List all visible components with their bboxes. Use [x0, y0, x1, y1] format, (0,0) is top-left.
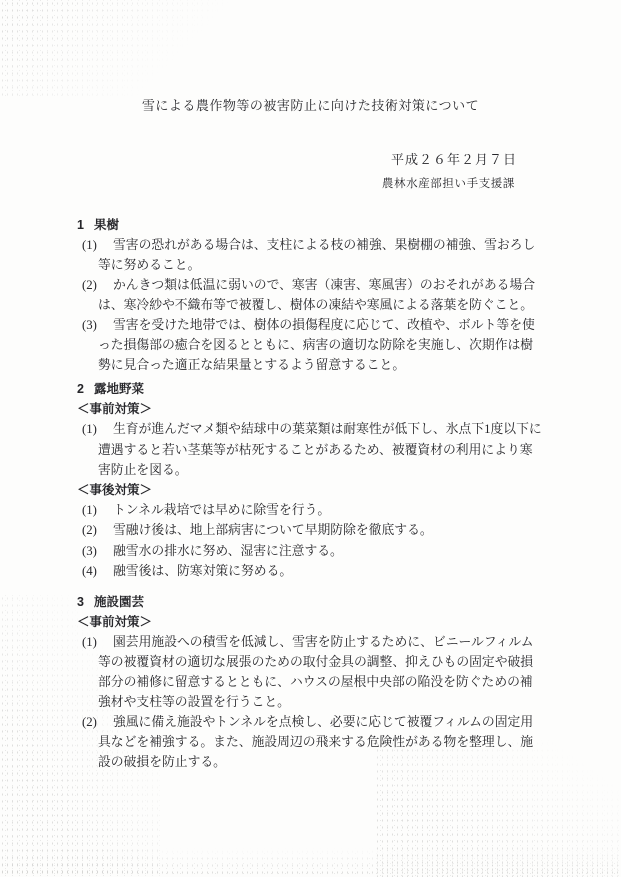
item-line: かんきつ類は低温に弱いので、寒害（凍害、寒風害）のおそれがある場合: [98, 275, 621, 295]
item-line: 等に努めること。: [98, 255, 621, 275]
item-label: (1): [82, 500, 97, 520]
section-title: 施設園芸: [94, 595, 144, 609]
list-item: (2) 強風に備え施設やトンネルを点検し、必要に応じて被覆フィルムの固定用 具な…: [0, 712, 621, 772]
scanned-document-page: 雪による農作物等の被害防止に向けた技術対策について 平成２６年２月７日 農林水産…: [0, 0, 621, 877]
item-line: 融雪水の排水に努め、湿害に注意する。: [98, 541, 621, 561]
item-line: 部分の補修に留意するとともに、ハウスの屋根中央部の陥没を防ぐための補: [98, 672, 621, 692]
section-heading: 3施設園芸: [0, 592, 621, 612]
item-label: (1): [82, 419, 97, 439]
item-line: 強風に備え施設やトンネルを点検し、必要に応じて被覆フィルムの固定用: [98, 712, 621, 732]
list-item: (3) 融雪水の排水に努め、湿害に注意する。: [0, 541, 621, 561]
item-line: 雪害を受けた地帯では、樹体の損傷程度に応じて、改植や、ボルト等を使: [98, 315, 621, 335]
section-open-field-vegetables: 2露地野菜 ＜事前対策＞ (1) 生育が進んだマメ類や結球中の葉菜類は耐寒性が低…: [0, 379, 621, 581]
item-line: は、寒冷紗や不織布等で被覆し、樹体の凍結や寒風による落葉を防ぐこと。: [98, 295, 621, 315]
list-item: (2) 雪融け後は、地上部病害について早期防除を徹底する。: [0, 520, 621, 540]
item-line: 融雪後は、防寒対策に努める。: [98, 561, 621, 581]
section-title: 露地野菜: [94, 382, 144, 396]
scan-noise-top-left: [0, 0, 235, 100]
section-protected-horticulture: 3施設園芸 ＜事前対策＞ (1) 園芸用施設への積雪を低減し、雪害を防止するため…: [0, 592, 621, 772]
item-label: (2): [82, 275, 97, 295]
scan-noise-bottom-edge: [0, 848, 621, 877]
item-line: った損傷部の癒合を図るとともに、病害の適切な防除を実施し、次期作は樹: [98, 335, 621, 355]
item-line: 強材や支柱等の設置を行うこと。: [98, 692, 621, 712]
section-number: 2: [77, 379, 84, 399]
item-label: (1): [82, 235, 97, 255]
section-heading: 2露地野菜: [0, 379, 621, 399]
item-label: (2): [82, 520, 97, 540]
document-title: 雪による農作物等の被害防止に向けた技術対策について: [0, 96, 621, 116]
item-line: 園芸用施設への積雪を低減し、雪害を防止するために、ビニールフィルム: [98, 632, 621, 652]
item-line: 雪融け後は、地上部病害について早期防除を徹底する。: [98, 520, 621, 540]
item-line: 具などを補強する。また、施設周辺の飛来する危険性がある物を整理し、施: [98, 732, 621, 752]
item-label: (3): [82, 315, 97, 335]
item-line: 生育が進んだマメ類や結球中の葉菜類は耐寒性が低下し、氷点下1度以下に: [98, 419, 621, 439]
subheading-after-measures: ＜事後対策＞: [0, 480, 621, 500]
subheading-advance-measures: ＜事前対策＞: [0, 612, 621, 632]
document-department: 農林水産部担い手支援課: [382, 174, 515, 194]
item-line: 設の破損を防止する。: [98, 752, 621, 772]
list-item: (1) 園芸用施設への積雪を低減し、雪害を防止するために、ビニールフィルム 等の…: [0, 632, 621, 712]
item-line: 害防止を図る。: [98, 460, 621, 480]
list-item: (3) 雪害を受けた地帯では、樹体の損傷程度に応じて、改植や、ボルト等を使 った…: [0, 315, 621, 375]
section-title: 果樹: [94, 218, 119, 232]
section-number: 1: [77, 215, 84, 235]
item-line: 遭遇すると若い茎葉等が枯死することがあるため、被覆資材の利用により寒: [98, 440, 621, 460]
item-label: (2): [82, 712, 97, 732]
list-item: (4) 融雪後は、防寒対策に努める。: [0, 561, 621, 581]
item-label: (3): [82, 541, 97, 561]
section-heading: 1果樹: [0, 215, 621, 235]
item-line: 勢に見合った適正な結果量とするよう留意すること。: [98, 355, 621, 375]
item-line: トンネル栽培では早めに除雪を行う。: [98, 500, 621, 520]
section-fruit-trees: 1果樹 (1) 雪害の恐れがある場合は、支柱による枝の補強、果樹棚の補強、雪おろ…: [0, 215, 621, 375]
item-line: 等の被覆資材の適切な展張のための取付金具の調整、抑えひもの固定や破損: [98, 652, 621, 672]
section-number: 3: [77, 592, 84, 612]
document-date: 平成２６年２月７日: [391, 150, 517, 170]
item-label: (4): [82, 561, 97, 581]
list-item: (1) トンネル栽培では早めに除雪を行う。: [0, 500, 621, 520]
item-line: 雪害の恐れがある場合は、支柱による枝の補強、果樹棚の補強、雪おろし: [98, 235, 621, 255]
list-item: (2) かんきつ類は低温に弱いので、寒害（凍害、寒風害）のおそれがある場合 は、…: [0, 275, 621, 315]
list-item: (1) 雪害の恐れがある場合は、支柱による枝の補強、果樹棚の補強、雪おろし 等に…: [0, 235, 621, 275]
list-item: (1) 生育が進んだマメ類や結球中の葉菜類は耐寒性が低下し、氷点下1度以下に 遭…: [0, 419, 621, 480]
subheading-advance-measures: ＜事前対策＞: [0, 399, 621, 419]
item-label: (1): [82, 632, 97, 652]
